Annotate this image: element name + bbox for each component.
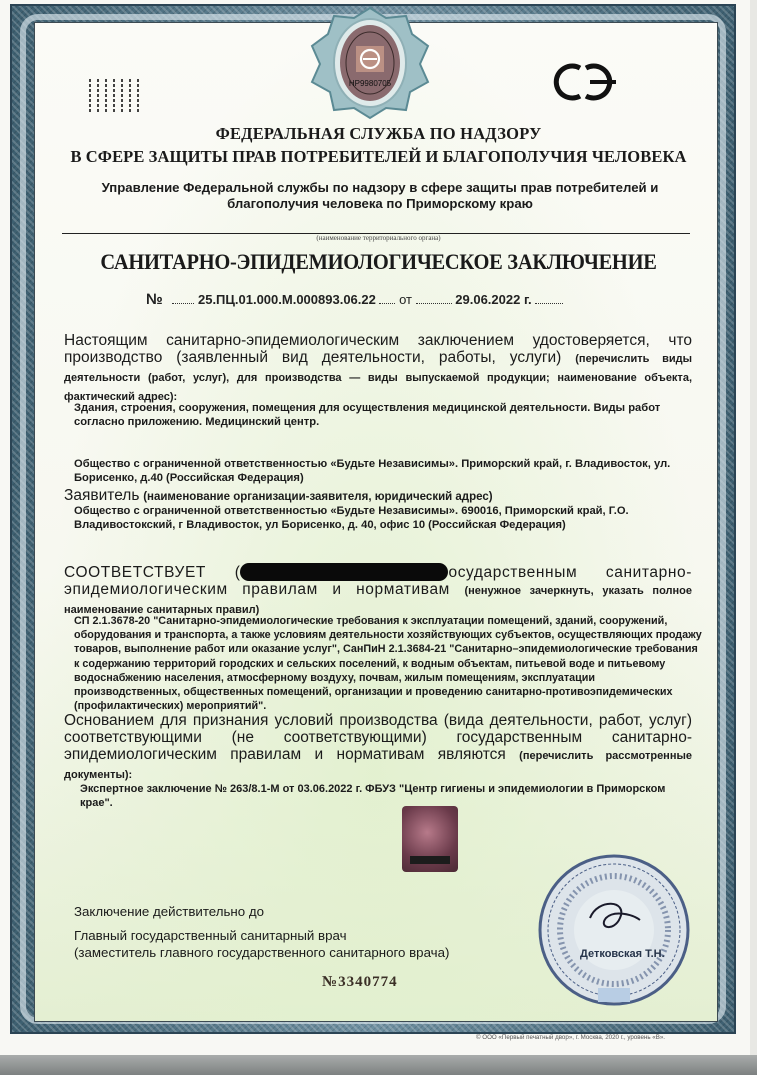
printer-footer: © ООО «Первый печатный двор», г. Москва,… [476, 1034, 665, 1041]
valid-until-label: Заключение действительно до [74, 904, 264, 919]
signer-position-line2: (заместитель главного государственного с… [74, 944, 449, 961]
territorial-body-caption: (наименование территориального органа) [0, 234, 757, 242]
basis-statement: Основанием для признания условий произво… [64, 712, 692, 784]
compliance-rules: СП 2.1.3678-20 "Санитарно-эпидемиологиче… [74, 614, 704, 713]
date-label: от [399, 292, 412, 307]
applicant-value: Общество с ограниченной ответственностью… [74, 504, 704, 532]
signer-position-line1: Главный государственный санитарный врач [74, 927, 449, 944]
number-label: № [146, 291, 163, 308]
page-edge [750, 0, 757, 1075]
official-stamp-icon [528, 848, 700, 1008]
document-title: САНИТАРНО-ЭПИДЕМИОЛОГИЧЕСКОЕ ЗАКЛЮЧЕНИЕ [26, 249, 730, 275]
signer-name: Детковская Т.Н. [580, 948, 665, 960]
document-number: 25.ПЦ.01.000.М.000893.06.22 [198, 292, 376, 307]
object-address: Общество с ограниченной ответственностью… [74, 457, 704, 485]
hologram-rosette-icon: HP9980705 [308, 6, 432, 120]
hologram-code [410, 856, 450, 864]
compliance-lead: СООТВЕТСТВУЕТ ( [64, 564, 240, 581]
activity-statement: Настоящим санитарно-эпидемиологическим з… [64, 332, 692, 406]
certificate-sheet: HP9980705 ФЕДЕРАЛЬНАЯ СЛУЖБА ПО НАДЗОРУ … [0, 0, 750, 1055]
applicant-heading: Заявитель (наименование организации-заяв… [64, 487, 692, 505]
document-date: 29.06.2022 г. [455, 292, 531, 307]
territorial-body: Управление Федеральной службы по надзору… [60, 180, 700, 212]
redaction-mark [240, 563, 448, 581]
basis-value: Экспертное заключение № 263/8.1-М от 03.… [80, 782, 680, 810]
svg-text:HP9980705: HP9980705 [349, 79, 392, 88]
compliance-statement: СООТВЕТСТВУЕТ (осударственным санитарно-… [64, 563, 692, 619]
document-number-line: № 25.ПЦ.01.000.М.000893.06.22 от 29.06.2… [146, 291, 563, 308]
activity-value: Здания, строения, сооружения, помещения … [74, 401, 694, 429]
se-mark-logo-icon [550, 60, 622, 104]
applicant-hint: (наименование организации-заявителя, юри… [143, 491, 492, 503]
agency-heading-line2: В СФЕРЕ ЗАЩИТЫ ПРАВ ПОТРЕБИТЕЛЕЙ И БЛАГО… [0, 147, 757, 167]
applicant-label: Заявитель [64, 487, 139, 504]
background-surface [0, 1055, 757, 1075]
agency-heading-line1: ФЕДЕРАЛЬНАЯ СЛУЖБА ПО НАДЗОРУ [0, 124, 757, 144]
signer-position: Главный государственный санитарный врач … [74, 927, 449, 961]
form-serial-number: №3340774 [322, 974, 398, 991]
microprint-pattern-icon [86, 78, 142, 112]
